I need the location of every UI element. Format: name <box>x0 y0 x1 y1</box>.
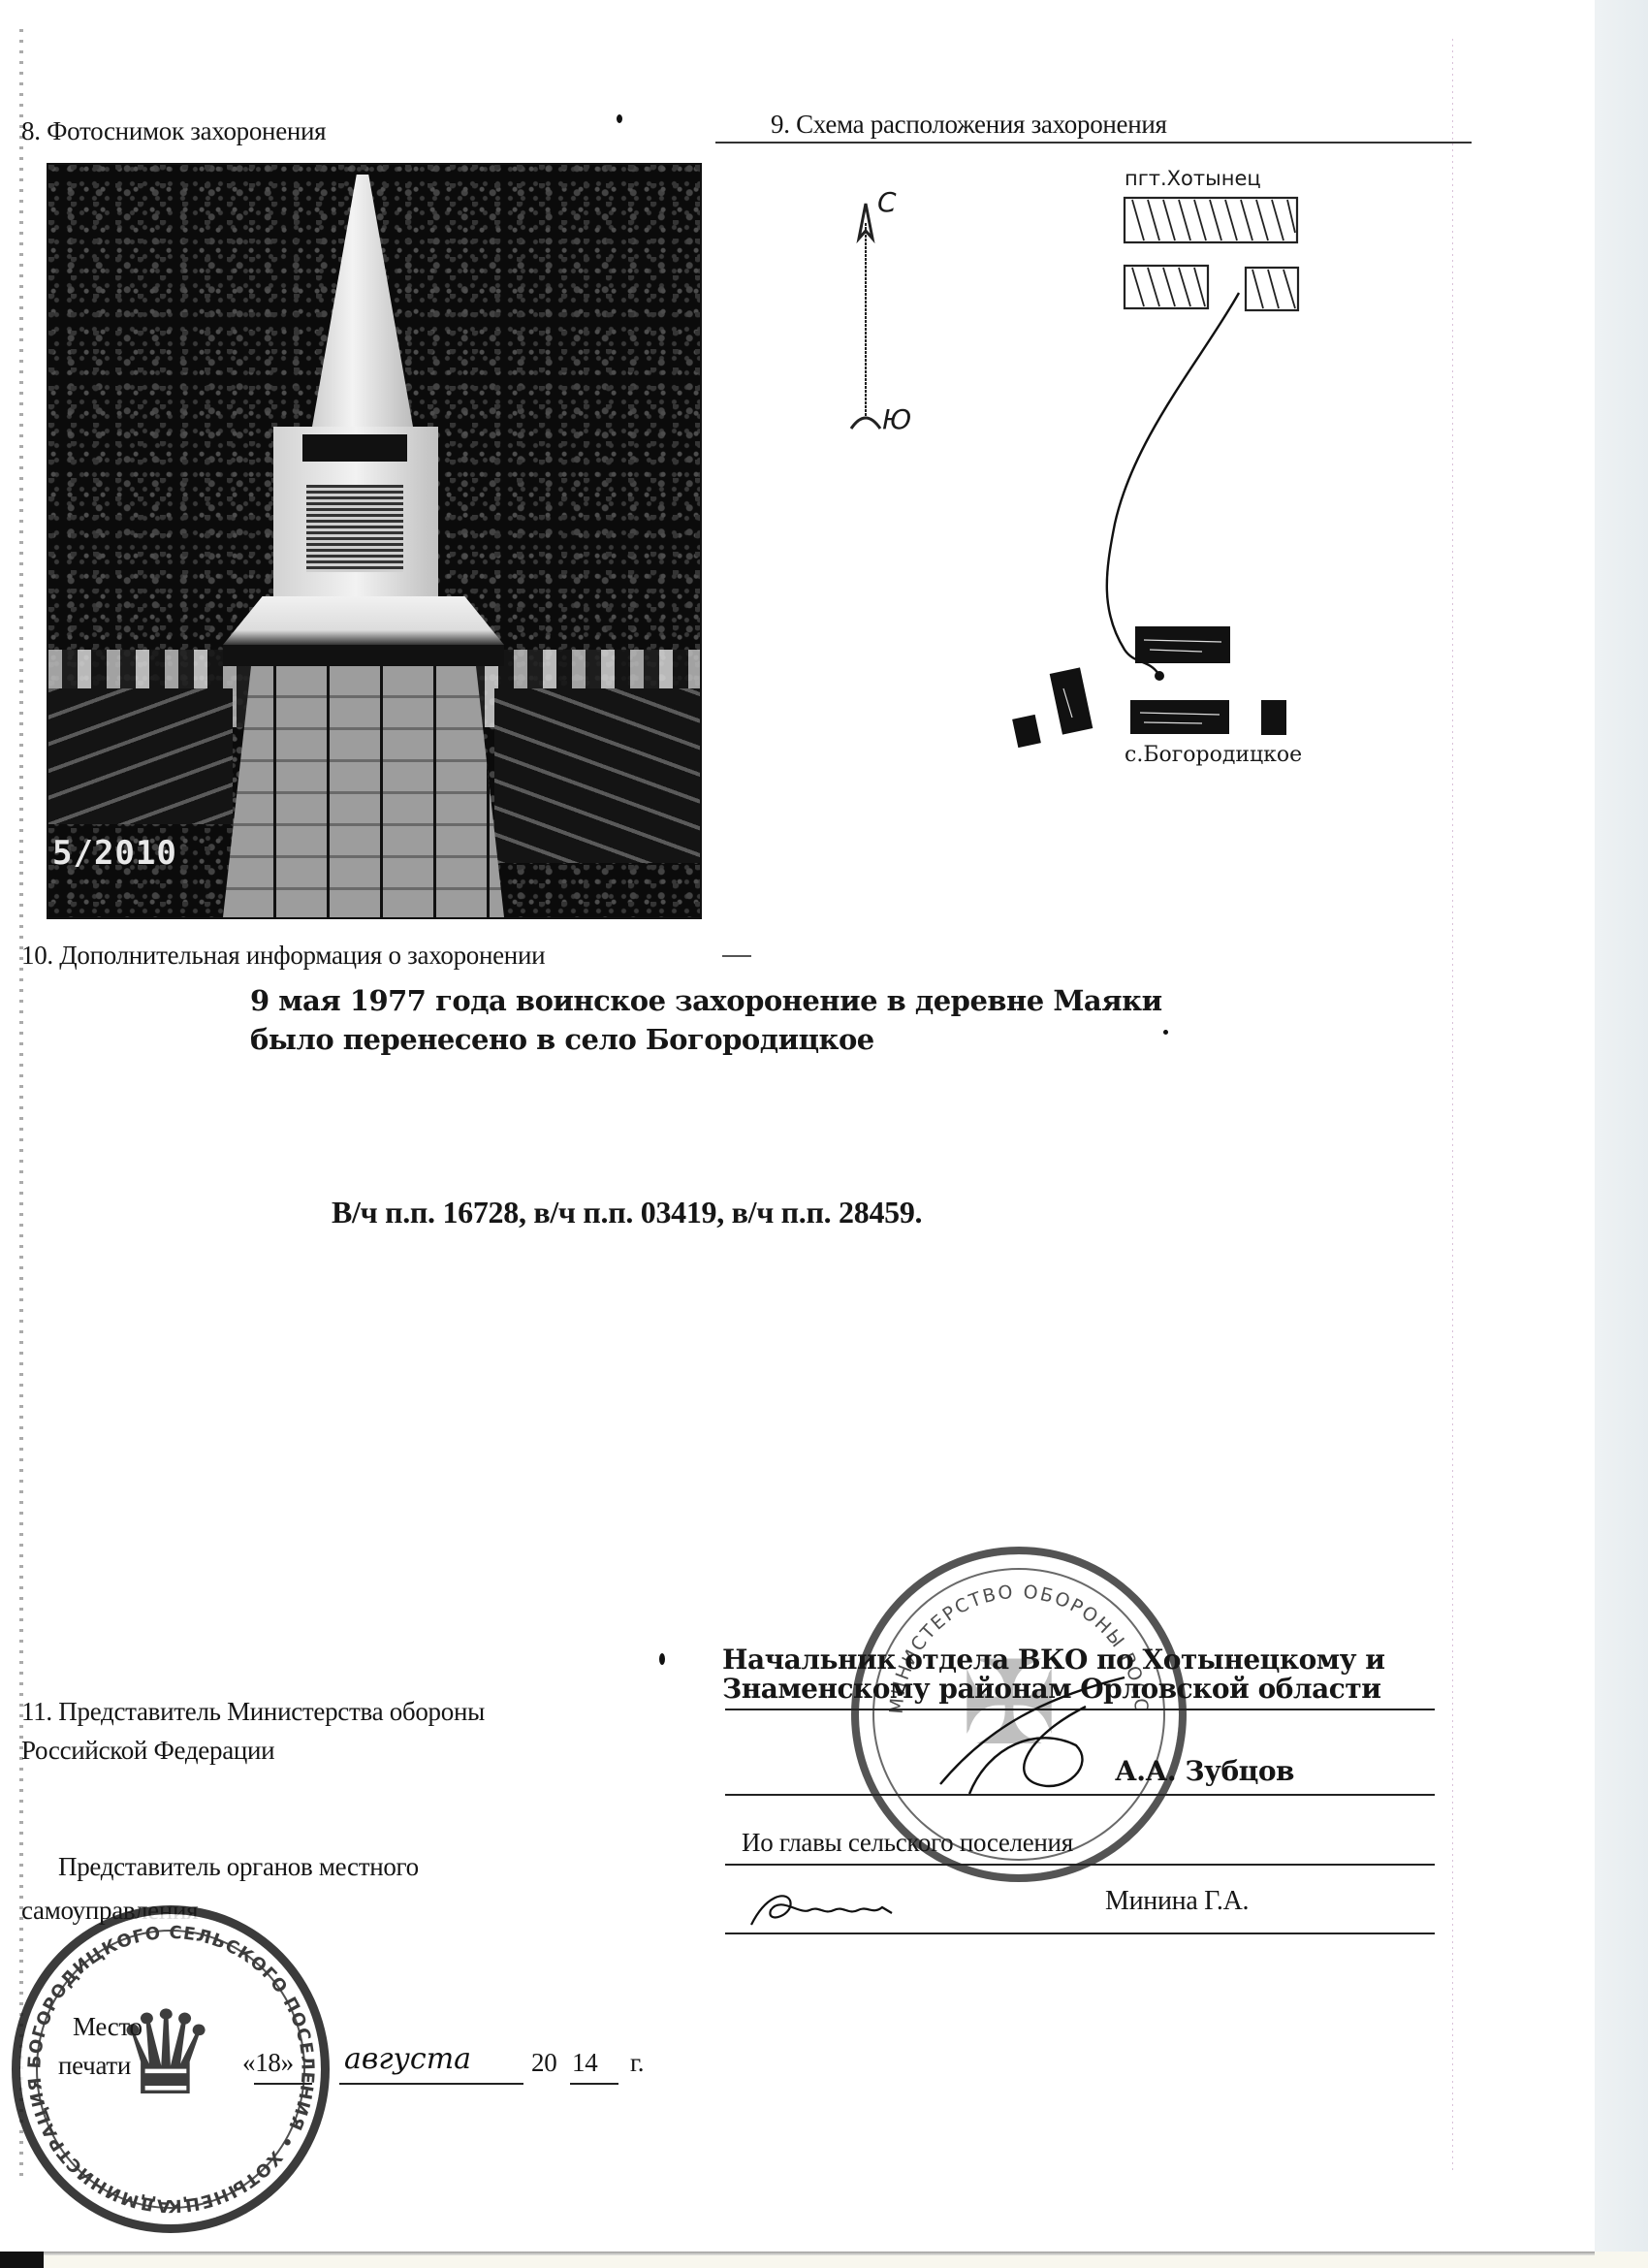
photo-base-front <box>223 645 504 666</box>
scan-speck <box>1163 1030 1168 1035</box>
date-year-suffix: 14 <box>572 2048 597 2078</box>
scan-right-margin <box>1595 0 1648 2268</box>
local-signature <box>746 1886 911 1934</box>
date-year-underline <box>570 2083 618 2085</box>
section-10-dash <box>722 955 751 957</box>
photo-name-plaque <box>306 485 403 572</box>
mod-signature <box>931 1668 1144 1804</box>
seal-place-label-line-1: Место <box>73 2012 143 2042</box>
scan-left-edge-artifact <box>19 29 23 2182</box>
date-day: «18» <box>242 2048 294 2078</box>
local-rep-label-line-1: Представитель органов местного <box>58 1852 419 1882</box>
local-position: Ио главы сельского поселения <box>742 1828 1073 1858</box>
compass-south-label: Ю <box>882 403 911 435</box>
section-9-title: 9. Схема расположения захоронения <box>771 110 1167 140</box>
mod-rep-label-line-2: Российской Федерации <box>21 1736 274 1766</box>
scan-corner <box>0 2252 44 2268</box>
scan-bottom-edge <box>0 2252 1648 2268</box>
photo-fence-left <box>48 688 233 824</box>
additional-info-line-1: 9 мая 1977 года воинское захоронение в д… <box>250 984 1162 1017</box>
additional-info-line-2: было перенесено в село Богородицкое <box>250 1023 874 1056</box>
section-10-title: 10. Дополнительная информация о захороне… <box>21 941 545 971</box>
seal-place-label-line-2: печати <box>58 2051 131 2081</box>
date-year-unit: г. <box>630 2048 644 2078</box>
section-9-underline <box>715 142 1472 144</box>
photo-plaque-top <box>302 434 407 462</box>
scan-speck <box>659 1653 665 1665</box>
photo-paved-path <box>223 666 504 917</box>
photo-fence-right <box>494 688 700 863</box>
scan-speck <box>617 114 622 123</box>
photo-base <box>223 596 504 645</box>
date-month-underline <box>339 2083 523 2085</box>
local-position-underline <box>725 1864 1435 1866</box>
date-day-underline <box>254 2083 312 2085</box>
mod-rep-label-line-1: 11. Представитель Министерства обороны <box>21 1697 485 1727</box>
village-label: с.Богородицкое <box>1125 743 1302 767</box>
schema-drawing <box>717 145 1454 785</box>
town-label: пгт.Хотынец <box>1125 167 1261 190</box>
date-month: августа <box>344 2042 471 2076</box>
section-8-title: 8. Фотоснимок захоронения <box>21 116 326 146</box>
local-rep-name: Минина Г.А. <box>1105 1886 1249 1917</box>
military-units-line: В/ч п.п. 16728, в/ч п.п. 03419, в/ч п.п.… <box>332 1195 922 1230</box>
burial-photo: 5/2010 <box>47 163 702 919</box>
compass-north-label: С <box>877 186 897 218</box>
burial-location-schema: С Ю пгт.Хотынец с.Богородицкое <box>717 145 1454 785</box>
photo-date-stamp: 5/2010 <box>52 834 177 873</box>
scan-shadow <box>44 2252 1595 2255</box>
date-year-prefix: 20 <box>531 2048 556 2078</box>
